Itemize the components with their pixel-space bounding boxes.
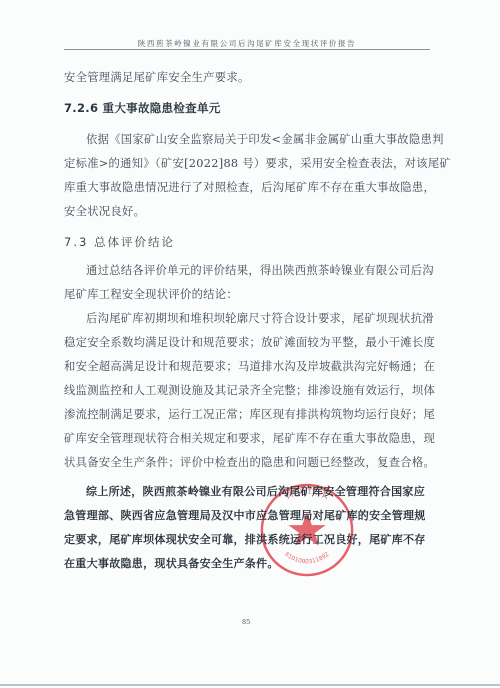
paragraph-line: 后沟尾矿库初期坝和堆积坝轮廓尺寸符合设计要求，尾矿坝现状抗滑 xyxy=(64,311,452,327)
paragraph-line: 安全状况良好。 xyxy=(64,204,430,220)
paragraph-line: 依据《国家矿山安全监察局关于印发<金属非金属矿山重大事故隐患判 xyxy=(64,132,452,148)
summary-line: 在重大事故隐患，现状具备安全生产条件。 xyxy=(64,556,430,572)
paragraph-line: 状具备安全生产条件；评价中检查出的隐患和问题已经整改，复查合格。 xyxy=(64,455,430,471)
page-bottom-edge xyxy=(0,684,500,686)
summary-line: 综上所述，陕西煎茶岭镍业有限公司后沟尾矿库安全管理符合国家应 xyxy=(64,484,452,500)
header-title: 陕西煎茶岭镍业有限公司后沟尾矿库安全现状评价报告 xyxy=(64,38,430,49)
paragraph-line: 定标准>的通知》（矿安[2022]88 号）要求，采用安全检查表法，对该尾矿 xyxy=(64,156,430,172)
paragraph-line: 库重大事故隐患情况进行了对照检查，后沟尾矿库不存在重大事故隐患， xyxy=(64,180,430,196)
summary-line: 急管理部、陕西省应急管理局及汉中市应急管理局对尾矿库的安全管理规 xyxy=(64,508,430,524)
header-divider xyxy=(64,49,430,50)
paragraph-line: 通过总结各评价单元的评价结果，得出陕西煎茶岭镍业有限公司后沟 xyxy=(64,263,452,279)
section-heading-7-2-6: 7.2.6 重大事故隐患检查单元 xyxy=(64,100,430,116)
section-heading-7-3: 7.3 总体评价结论 xyxy=(64,234,430,250)
paragraph-line: 矿库安全管理现状符合相关规定和要求，尾矿库不存在重大事故隐患，现 xyxy=(64,431,430,447)
page-number: 85 xyxy=(242,618,250,626)
summary-line: 定要求，尾矿库坝体现状安全可靠，排洪系统运行工况良好，尾矿库不存 xyxy=(64,532,430,548)
paragraph-line: 和安全超高满足设计和规范要求；马道排水沟及岸坡截洪沟完好畅通；在 xyxy=(64,359,430,375)
paragraph-line: 稳定安全系数均满足设计和规范要求；放矿滩面较为平整，最小干滩长度 xyxy=(64,335,430,351)
paragraph-line: 尾矿库工程安全现状评价的结论： xyxy=(64,287,430,303)
paragraph-line: 线监测监控和人工观测设施及其记录齐全完整；排渗设施有效运行，坝体 xyxy=(64,383,430,399)
paragraph-line: 安全管理满足尾矿库安全生产要求。 xyxy=(64,70,430,86)
paragraph-line: 渗流控制满足要求，运行工况正常；库区现有排洪构筑物均运行良好；尾 xyxy=(64,407,430,423)
